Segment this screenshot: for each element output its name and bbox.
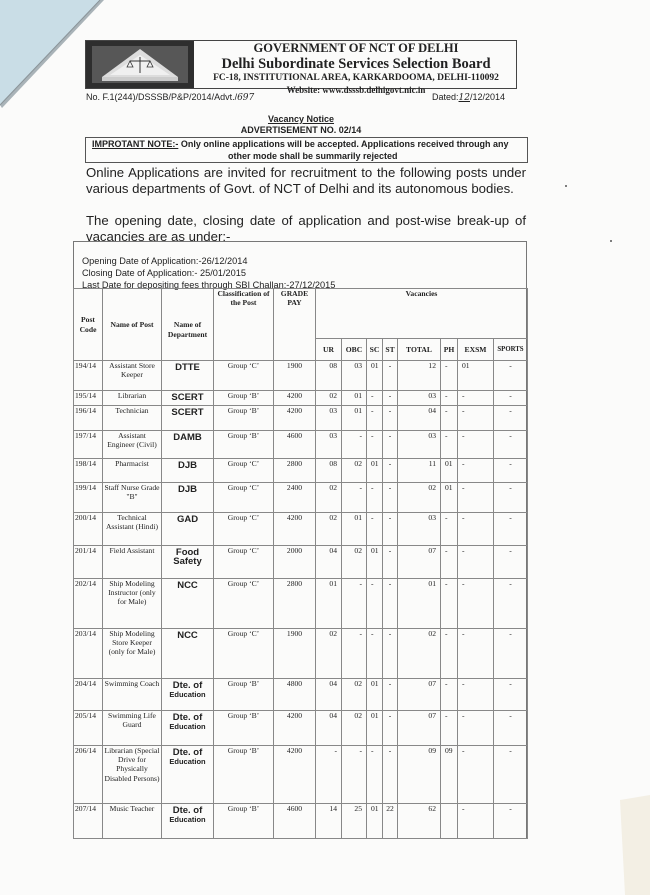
total-cell: 01 xyxy=(398,579,441,629)
dsssb-logo xyxy=(86,41,194,88)
grade-pay-cell: 2800 xyxy=(274,459,316,483)
st-cell: - xyxy=(383,679,398,711)
obc-cell: 03 xyxy=(342,361,367,391)
grade-pay-cell: 4200 xyxy=(274,391,316,406)
post-code-cell: 203/14 xyxy=(74,629,103,679)
table-row: 204/14Swimming CoachDte. ofEducationGrou… xyxy=(74,679,528,711)
department-cell: DTTE xyxy=(162,361,214,391)
board-name: Delhi Subordinate Services Selection Boa… xyxy=(200,57,512,72)
board-address: FC-18, INSTITUTIONAL AREA, KARKARDOOMA, … xyxy=(200,74,512,84)
sc-cell: 01 xyxy=(367,711,383,746)
post-name-cell: Staff Nurse Grade "B" xyxy=(103,483,162,513)
table-row: 196/14TechnicianSCERTGroup ‘B’42000301--… xyxy=(74,406,528,431)
ph-cell: - xyxy=(441,579,458,629)
ur-cell: 02 xyxy=(316,629,342,679)
ur-cell: 08 xyxy=(316,459,342,483)
table-row: 195/14LibrarianSCERTGroup ‘B’42000201--0… xyxy=(74,391,528,406)
grade-pay-cell: 4200 xyxy=(274,746,316,804)
obc-cell: 25 xyxy=(342,804,367,839)
sc-cell: - xyxy=(367,406,383,431)
ur-cell: 03 xyxy=(316,431,342,459)
post-code-cell: 201/14 xyxy=(74,546,103,579)
header-classification: Classification of the Post xyxy=(214,289,274,361)
sports-cell: - xyxy=(494,391,528,406)
sports-cell: - xyxy=(494,629,528,679)
header-total: TOTAL xyxy=(398,339,441,361)
obc-cell: 02 xyxy=(342,459,367,483)
sports-cell: - xyxy=(494,711,528,746)
classification-cell: Group ‘C’ xyxy=(214,361,274,391)
intro-paragraph: Online Applications are invited for recr… xyxy=(86,165,526,197)
table-row: 202/14Ship Modeling Instructor (only for… xyxy=(74,579,528,629)
table-row: 207/14Music TeacherDte. ofEducationGroup… xyxy=(74,804,528,839)
grade-pay-cell: 4600 xyxy=(274,431,316,459)
sports-cell: - xyxy=(494,546,528,579)
ur-cell: 14 xyxy=(316,804,342,839)
table-row: 194/14Assistant Store KeeperDTTEGroup ‘C… xyxy=(74,361,528,391)
vacancy-table: Post Code Name of Post Name of Departmen… xyxy=(73,288,528,839)
sc-cell: - xyxy=(367,483,383,513)
st-cell: - xyxy=(383,483,398,513)
sports-cell: - xyxy=(494,406,528,431)
grade-pay-cell: 2400 xyxy=(274,483,316,513)
notice-title: Vacancy Notice ADVERTISEMENT NO. 02/14 xyxy=(85,114,517,136)
header-grade-pay: GRADE PAY xyxy=(274,289,316,361)
st-cell: - xyxy=(383,546,398,579)
total-cell: 03 xyxy=(398,391,441,406)
department-cell: NCC xyxy=(162,629,214,679)
department-cell: DAMB xyxy=(162,431,214,459)
grade-pay-cell: 4600 xyxy=(274,804,316,839)
scan-speck xyxy=(610,240,612,242)
total-cell: 07 xyxy=(398,711,441,746)
department-cell: Dte. ofEducation xyxy=(162,711,214,746)
st-cell: - xyxy=(383,513,398,546)
ph-cell xyxy=(441,804,458,839)
classification-cell: Group ‘B’ xyxy=(214,679,274,711)
table-row: 200/14Technical Assistant (Hindi)GADGrou… xyxy=(74,513,528,546)
sports-cell: - xyxy=(494,431,528,459)
exsm-cell: - xyxy=(458,391,494,406)
st-cell: - xyxy=(383,629,398,679)
post-code-cell: 195/14 xyxy=(74,391,103,406)
table-row: 205/14Swimming Life GuardDte. ofEducatio… xyxy=(74,711,528,746)
header-department: Name of Department xyxy=(162,289,214,361)
opening-date: Opening Date of Application:-26/12/2014 xyxy=(82,255,335,267)
post-code-cell: 197/14 xyxy=(74,431,103,459)
st-cell: - xyxy=(383,431,398,459)
classification-cell: Group ‘B’ xyxy=(214,391,274,406)
header-vacancies: Vacancies xyxy=(316,289,528,339)
sc-cell: - xyxy=(367,629,383,679)
table-row: 206/14Librarian (Special Drive for Physi… xyxy=(74,746,528,804)
ph-cell: 01 xyxy=(441,459,458,483)
exsm-cell: - xyxy=(458,483,494,513)
exsm-cell: - xyxy=(458,406,494,431)
letterhead-text: GOVERNMENT OF NCT OF DELHI Delhi Subordi… xyxy=(200,41,512,95)
exsm-cell: - xyxy=(458,459,494,483)
sports-cell: - xyxy=(494,804,528,839)
dated: Dated:12/12/2014 xyxy=(432,92,505,103)
post-name-cell: Ship Modeling Store Keeper (only for Mal… xyxy=(103,629,162,679)
ph-cell: 01 xyxy=(441,483,458,513)
post-code-cell: 196/14 xyxy=(74,406,103,431)
exsm-cell: - xyxy=(458,579,494,629)
header-post-code: Post Code xyxy=(74,289,103,361)
sc-cell: - xyxy=(367,513,383,546)
exsm-cell: - xyxy=(458,546,494,579)
department-cell: SCERT xyxy=(162,406,214,431)
sc-cell: - xyxy=(367,579,383,629)
obc-cell: 02 xyxy=(342,711,367,746)
st-cell: - xyxy=(383,711,398,746)
classification-cell: Group ‘C’ xyxy=(214,513,274,546)
post-name-cell: Ship Modeling Instructor (only for Male) xyxy=(103,579,162,629)
ph-cell: - xyxy=(441,406,458,431)
classification-cell: Group ‘B’ xyxy=(214,406,274,431)
post-name-cell: Technical Assistant (Hindi) xyxy=(103,513,162,546)
classification-cell: Group ‘C’ xyxy=(214,459,274,483)
ph-cell: - xyxy=(441,546,458,579)
table-row: 199/14Staff Nurse Grade "B"DJBGroup ‘C’2… xyxy=(74,483,528,513)
obc-cell: 02 xyxy=(342,546,367,579)
scan-speck xyxy=(565,185,567,187)
important-note: IMPROTANT NOTE:- Only online application… xyxy=(85,137,528,163)
department-cell: Dte. ofEducation xyxy=(162,679,214,711)
obc-cell: 01 xyxy=(342,406,367,431)
post-name-cell: Assistant Engineer (Civil) xyxy=(103,431,162,459)
post-code-cell: 199/14 xyxy=(74,483,103,513)
sc-cell: 01 xyxy=(367,546,383,579)
post-code-cell: 194/14 xyxy=(74,361,103,391)
header-obc: OBC xyxy=(342,339,367,361)
post-code-cell: 205/14 xyxy=(74,711,103,746)
table-row: 203/14Ship Modeling Store Keeper (only f… xyxy=(74,629,528,679)
total-cell: 04 xyxy=(398,406,441,431)
govt-title: GOVERNMENT OF NCT OF DELHI xyxy=(200,42,512,55)
post-code-cell: 200/14 xyxy=(74,513,103,546)
classification-cell: Group ‘C’ xyxy=(214,483,274,513)
exsm-cell: - xyxy=(458,629,494,679)
obc-cell: - xyxy=(342,483,367,513)
header-ph: PH xyxy=(441,339,458,361)
sc-cell: 01 xyxy=(367,804,383,839)
post-name-cell: Technician xyxy=(103,406,162,431)
ur-cell: 01 xyxy=(316,579,342,629)
ph-cell: - xyxy=(441,431,458,459)
total-cell: 07 xyxy=(398,546,441,579)
post-name-cell: Assistant Store Keeper xyxy=(103,361,162,391)
grade-pay-cell: 4200 xyxy=(274,711,316,746)
st-cell: - xyxy=(383,746,398,804)
obc-cell: 02 xyxy=(342,679,367,711)
department-cell: NCC xyxy=(162,579,214,629)
st-cell: - xyxy=(383,459,398,483)
ur-cell: 04 xyxy=(316,546,342,579)
grade-pay-cell: 4200 xyxy=(274,406,316,431)
header-exsm: EXSM xyxy=(458,339,494,361)
application-dates: Opening Date of Application:-26/12/2014 … xyxy=(82,255,335,291)
grade-pay-cell: 4200 xyxy=(274,513,316,546)
total-cell: 12 xyxy=(398,361,441,391)
table-row: 197/14Assistant Engineer (Civil)DAMBGrou… xyxy=(74,431,528,459)
department-cell: GAD xyxy=(162,513,214,546)
table-row: 201/14Field AssistantFoodSafetyGroup ‘C’… xyxy=(74,546,528,579)
sc-cell: - xyxy=(367,746,383,804)
ur-cell: 02 xyxy=(316,513,342,546)
classification-cell: Group ‘C’ xyxy=(214,579,274,629)
obc-cell: - xyxy=(342,746,367,804)
classification-cell: Group ‘B’ xyxy=(214,431,274,459)
header-ur: UR xyxy=(316,339,342,361)
sports-cell: - xyxy=(494,513,528,546)
department-cell: DJB xyxy=(162,483,214,513)
post-code-cell: 206/14 xyxy=(74,746,103,804)
exsm-cell: - xyxy=(458,746,494,804)
closing-date: Closing Date of Application:- 25/01/2015 xyxy=(82,267,335,279)
sports-cell: - xyxy=(494,746,528,804)
advertisement-number: ADVERTISEMENT NO. 02/14 xyxy=(85,125,517,136)
ph-cell: - xyxy=(441,513,458,546)
post-code-cell: 207/14 xyxy=(74,804,103,839)
ur-cell: 02 xyxy=(316,483,342,513)
total-cell: 07 xyxy=(398,679,441,711)
sc-cell: 01 xyxy=(367,361,383,391)
post-name-cell: Swimming Coach xyxy=(103,679,162,711)
sc-cell: 01 xyxy=(367,459,383,483)
sc-cell: 01 xyxy=(367,679,383,711)
st-cell: - xyxy=(383,579,398,629)
post-name-cell: Field Assistant xyxy=(103,546,162,579)
grade-pay-cell: 2000 xyxy=(274,546,316,579)
exsm-cell: - xyxy=(458,513,494,546)
reference-number: No. F.1(244)/DSSSB/P&P/2014/Advt./697 xyxy=(86,92,254,103)
post-name-cell: Music Teacher xyxy=(103,804,162,839)
exsm-cell: - xyxy=(458,431,494,459)
classification-cell: Group ‘B’ xyxy=(214,711,274,746)
obc-cell: 01 xyxy=(342,391,367,406)
sports-cell: - xyxy=(494,579,528,629)
department-cell: SCERT xyxy=(162,391,214,406)
header-name-of-post: Name of Post xyxy=(103,289,162,361)
post-name-cell: Librarian xyxy=(103,391,162,406)
post-name-cell: Pharmacist xyxy=(103,459,162,483)
exsm-cell: - xyxy=(458,804,494,839)
department-cell: Dte. ofEducation xyxy=(162,804,214,839)
exsm-cell: 01 xyxy=(458,361,494,391)
classification-cell: Group ‘C’ xyxy=(214,629,274,679)
grade-pay-cell: 4800 xyxy=(274,679,316,711)
ur-cell: 08 xyxy=(316,361,342,391)
sc-cell: - xyxy=(367,431,383,459)
ur-cell: 03 xyxy=(316,406,342,431)
classification-cell: Group ‘B’ xyxy=(214,746,274,804)
total-cell: 03 xyxy=(398,513,441,546)
obc-cell: - xyxy=(342,579,367,629)
ph-cell: - xyxy=(441,679,458,711)
ph-cell: - xyxy=(441,711,458,746)
st-cell: - xyxy=(383,361,398,391)
sports-cell: - xyxy=(494,459,528,483)
total-cell: 02 xyxy=(398,483,441,513)
ph-cell: 09 xyxy=(441,746,458,804)
obc-cell: 01 xyxy=(342,513,367,546)
header-sports: SPORTS xyxy=(494,339,528,361)
sports-cell: - xyxy=(494,679,528,711)
grade-pay-cell: 1900 xyxy=(274,361,316,391)
scales-emblem-icon xyxy=(92,46,188,83)
ur-cell: - xyxy=(316,746,342,804)
handwritten-number: 697 xyxy=(237,93,254,103)
post-code-cell: 198/14 xyxy=(74,459,103,483)
total-cell: 09 xyxy=(398,746,441,804)
st-cell: - xyxy=(383,391,398,406)
post-code-cell: 202/14 xyxy=(74,579,103,629)
exsm-cell: - xyxy=(458,711,494,746)
post-name-cell: Swimming Life Guard xyxy=(103,711,162,746)
total-cell: 03 xyxy=(398,431,441,459)
exsm-cell: - xyxy=(458,679,494,711)
ph-cell: - xyxy=(441,391,458,406)
obc-cell: - xyxy=(342,431,367,459)
ph-cell: - xyxy=(441,361,458,391)
st-cell: 22 xyxy=(383,804,398,839)
classification-cell: Group ‘C’ xyxy=(214,546,274,579)
total-cell: 02 xyxy=(398,629,441,679)
sports-cell: - xyxy=(494,483,528,513)
sc-cell: - xyxy=(367,391,383,406)
department-cell: Dte. ofEducation xyxy=(162,746,214,804)
post-code-cell: 204/14 xyxy=(74,679,103,711)
ph-cell: - xyxy=(441,629,458,679)
ur-cell: 04 xyxy=(316,679,342,711)
post-name-cell: Librarian (Special Drive for Physically … xyxy=(103,746,162,804)
department-cell: FoodSafety xyxy=(162,546,214,579)
header-sc: SC xyxy=(367,339,383,361)
total-cell: 62 xyxy=(398,804,441,839)
classification-cell: Group ‘B’ xyxy=(214,804,274,839)
grade-pay-cell: 1900 xyxy=(274,629,316,679)
handwritten-day: 12 xyxy=(459,93,470,103)
ur-cell: 04 xyxy=(316,711,342,746)
table-row: 198/14PharmacistDJBGroup ‘C’2800080201-1… xyxy=(74,459,528,483)
st-cell: - xyxy=(383,406,398,431)
grade-pay-cell: 2800 xyxy=(274,579,316,629)
total-cell: 11 xyxy=(398,459,441,483)
obc-cell: - xyxy=(342,629,367,679)
header-st: ST xyxy=(383,339,398,361)
ur-cell: 02 xyxy=(316,391,342,406)
sports-cell: - xyxy=(494,361,528,391)
department-cell: DJB xyxy=(162,459,214,483)
